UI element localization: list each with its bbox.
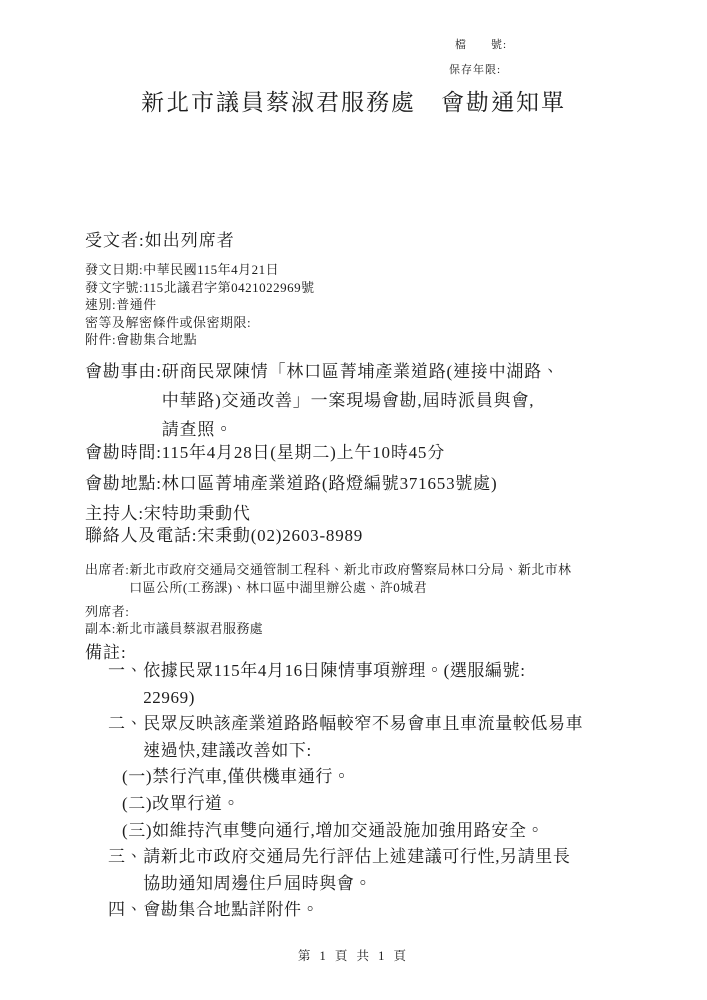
note-item-number: 一、 — [108, 658, 143, 711]
security-line: 密等及解密條件或保密期限: — [85, 314, 315, 332]
note-item-text: 依據民眾115年4月16日陳情事項辦理。(選服編號: 22969) — [143, 658, 525, 711]
note-subitem-number: (二) — [122, 791, 152, 818]
retention-period-label: 保存年限: — [449, 61, 501, 77]
note-item: 二、 民眾反映該產業道路路幅較窄不易會車且車流量較低易車 速過快,建議改善如下: — [108, 711, 683, 764]
notes-list: 一、 依據民眾115年4月16日陳情事項辦理。(選服編號: 22969) 二、 … — [108, 658, 683, 924]
doc-number-line: 發文字號:115北議君字第0421022969號 — [85, 279, 315, 297]
document-title: 新北市議員蔡淑君服務處 會勘通知單 — [0, 84, 707, 117]
note-item-number: 二、 — [108, 711, 143, 764]
attendees-label: 出席者: — [85, 561, 129, 596]
note-subitem-number: (三) — [122, 818, 152, 845]
note-subitem: (二) 改單行道。 — [122, 791, 683, 818]
note-subitem-number: (一) — [122, 764, 152, 791]
note-item: 四、 會勘集合地點詳附件。 — [108, 897, 683, 924]
recipient-line: 受文者:如出列席者 — [85, 226, 235, 251]
note-item-text: 會勘集合地點詳附件。 — [143, 897, 319, 924]
file-number-label: 檔 號: — [455, 36, 507, 52]
attachment-line: 附件:會勘集合地點 — [85, 331, 315, 349]
document-meta: 發文日期:中華民國115年4月21日 發文字號:115北議君字第04210229… — [85, 261, 315, 349]
note-item: 一、 依據民眾115年4月16日陳情事項辦理。(選服編號: 22969) — [108, 658, 683, 711]
speed-line: 速別:普通件 — [85, 296, 315, 314]
inspection-location-line: 會勘地點:林口區菁埔產業道路(路燈編號371653號處) — [85, 469, 675, 494]
inspection-subject: 會勘事由: 研商民眾陳情「林口區菁埔產業道路(連接中湖路、 中華路)交通改善」一… — [85, 357, 645, 444]
note-subitem: (三) 如維持汽車雙向通行,增加交通設施加強用路安全。 — [122, 818, 683, 845]
note-item-text: 民眾反映該產業道路路幅較窄不易會車且車流量較低易車 速過快,建議改善如下: — [143, 711, 583, 764]
cc-line: 副本:新北市議員蔡淑君服務處 — [85, 618, 263, 637]
subject-label: 會勘事由: — [85, 357, 162, 444]
contact-line: 聯絡人及電話:宋秉動(02)2603-8989 — [85, 521, 675, 546]
note-item-number: 四、 — [108, 897, 143, 924]
subject-text: 研商民眾陳情「林口區菁埔產業道路(連接中湖路、 中華路)交通改善」一案現場會勘,… — [162, 357, 560, 444]
note-subitem-text: 如維持汽車雙向通行,增加交通設施加強用路安全。 — [152, 818, 544, 845]
page-number-footer: 第 1 頁 共 1 頁 — [0, 946, 707, 964]
inspection-time-line: 會勘時間:115年4月28日(星期二)上午10時45分 — [85, 438, 675, 463]
issue-date-line: 發文日期:中華民國115年4月21日 — [85, 261, 315, 279]
note-item-text: 請新北市政府交通局先行評估上述建議可行性,另請里長 協助通知周邊住戶屆時與會。 — [143, 844, 570, 897]
note-item-number: 三、 — [108, 844, 143, 897]
note-subitem-text: 禁行汽車,僅供機車通行。 — [152, 764, 350, 791]
note-subitem: (一) 禁行汽車,僅供機車通行。 — [122, 764, 683, 791]
note-item: 三、 請新北市政府交通局先行評估上述建議可行性,另請里長 協助通知周邊住戶屆時與… — [108, 844, 683, 897]
attendees-text: 新北市政府交通局交通管制工程科、新北市政府警察局林口分局、新北市林 口區公所(工… — [129, 561, 571, 596]
note-subitem-text: 改單行道。 — [152, 791, 240, 818]
attendees-block: 出席者: 新北市政府交通局交通管制工程科、新北市政府警察局林口分局、新北市林 口… — [85, 561, 665, 596]
document-page: 檔 號: 保存年限: 新北市議員蔡淑君服務處 會勘通知單 受文者:如出列席者 發… — [0, 0, 707, 1000]
